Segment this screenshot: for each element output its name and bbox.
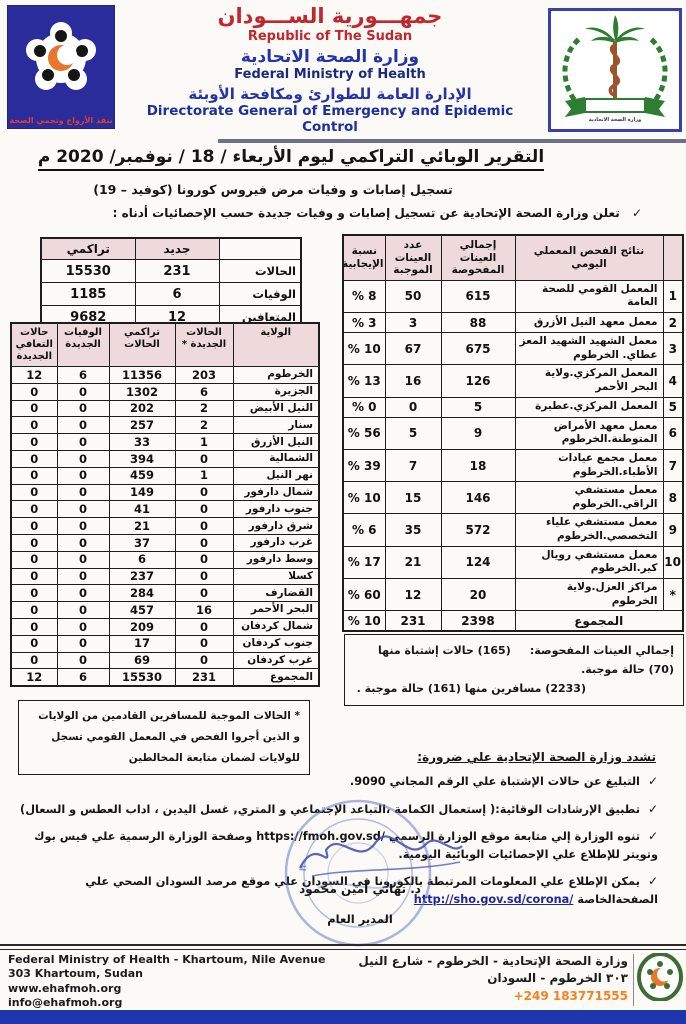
lab-row-positive: 12 (385, 579, 441, 611)
states-row: جنوب كردفان01700 (11, 635, 319, 652)
lab-total-samples: 2398 (441, 611, 515, 632)
states-row: غرب كردفان06900 (11, 652, 319, 669)
lab-row-positive: 35 (385, 514, 441, 546)
states-row: الخرطوم20311356612 (11, 367, 319, 384)
check-icon: ✓ (648, 800, 658, 819)
states-row-new_cases: 0 (175, 450, 233, 467)
lab-row-rate: 8 % (343, 280, 385, 312)
states-row-new_cases: 0 (175, 501, 233, 518)
states-row-new_recovered: 0 (11, 635, 57, 652)
states-row: جنوب دارفور04100 (11, 501, 319, 518)
states-row-cumulative: 1302 (109, 383, 175, 400)
announcement-text: تعلن وزارة الصحة الإتحادية عن تسجيل إصاب… (113, 206, 620, 220)
states-row-state: الشمالية (233, 450, 319, 467)
ministry-emblem-art (551, 11, 679, 123)
lab-row-name: معمل مجمع عيادات الأطباء.الخرطوم (515, 449, 663, 481)
states-row-state: القضارف (233, 585, 319, 602)
lab-note-box: إجمالي العينات المفحوصة: (165) حالات إشت… (344, 634, 684, 706)
crescent-logo-art (8, 6, 114, 128)
states-row-new_recovered: 0 (11, 534, 57, 551)
lab-row-positive: 50 (385, 280, 441, 312)
lab-row-total: 18 (441, 449, 515, 481)
lab-total-rate: 10 % (343, 611, 385, 632)
lab-row-total: 9 (441, 417, 515, 449)
states-row-state: شرق دارفور (233, 518, 319, 535)
report-subtitle: تسجيل إصابات و وفيات مرض فيروس كورونا (ك… (93, 182, 453, 197)
lab-row-name: معمل مستشفي الراقي.الخرطوم (515, 482, 663, 514)
states-row-cumulative: 69 (109, 652, 175, 669)
states-row-new_recovered: 0 (11, 417, 57, 434)
note-item: ✓تطبيق الإرشادات الوقائية:( إستعمال الكم… (6, 800, 658, 819)
states-row: شمال دارفور014900 (11, 484, 319, 501)
states-row-new_deaths: 0 (57, 434, 109, 451)
lab-row-positive: 0 (385, 397, 441, 417)
states-row-new_deaths: 0 (57, 585, 109, 602)
states-row-state: البحر الأحمر (233, 602, 319, 619)
lab-row-total: 675 (441, 333, 515, 365)
states-header-row: الولاية الحالات الجديدة * تراكمي الحالات… (11, 323, 319, 367)
ministry-name-en: Federal Ministry of Health (122, 67, 538, 83)
states-row-cumulative: 21 (109, 518, 175, 535)
states-row-new_cases: 0 (175, 618, 233, 635)
check-icon: ✓ (648, 772, 658, 791)
logo-slogan: ننقذ الأرواح ونحمي الصحة (8, 116, 114, 125)
lab-row-num: 5 (663, 397, 683, 417)
lab-row-num: 9 (663, 514, 683, 546)
states-row-cumulative: 6 (109, 551, 175, 568)
lab-row-total: 615 (441, 280, 515, 312)
lab-col-rate: نسبة الإيجابية (343, 235, 385, 280)
states-row-cumulative: 209 (109, 618, 175, 635)
lab-row-num: 2 (663, 313, 683, 333)
lab-row: 10معمل مستشفي رويال كير.الخرطوم1242117 % (343, 546, 683, 578)
states-row: البحر الأحمر1645700 (11, 602, 319, 619)
states-row-state: جنوب دارفور (233, 501, 319, 518)
states-row-new_cases: 1 (175, 467, 233, 484)
summary-table: جديد تراكمي الحالات23115530الوفيات61185ا… (40, 237, 302, 330)
lab-row: 1المعمل القومي للصحة العامة615508 % (343, 280, 683, 312)
lab-row-name: المعمل المركزي.عطبرة (515, 397, 663, 417)
lab-row-name: معمل مستشفي علياء التخصصي.الخرطوم (515, 514, 663, 546)
states-row-new_deaths: 0 (57, 417, 109, 434)
states-col-state: الولاية (233, 323, 319, 367)
lab-row: 8معمل مستشفي الراقي.الخرطوم1461510 % (343, 482, 683, 514)
states-row: سنار225700 (11, 417, 319, 434)
states-row-cumulative: 15530 (109, 669, 175, 686)
lab-row-rate: 10 % (343, 482, 385, 514)
lab-col-num (663, 235, 683, 280)
summary-row-cumulative: 15530 (41, 260, 135, 283)
country-name-ar: جمهـــورية الســـودان (122, 4, 538, 29)
states-row-new_recovered: 0 (11, 518, 57, 535)
lab-row: 6معمل معهد الأمراض المتوطنة.الخرطوم9556 … (343, 417, 683, 449)
summary-row-new: 231 (135, 260, 219, 283)
states-row-new_deaths: 0 (57, 652, 109, 669)
states-row-cumulative: 284 (109, 585, 175, 602)
signatory-name: د. تهاني أمين محمود (255, 882, 465, 896)
lab-row-name: المعمل المركزي.ولاية البحر الأحمر (515, 365, 663, 397)
report-title: التقرير الوبائي التراكمي ليوم الأربعاء /… (38, 147, 544, 171)
lab-row-num: 3 (663, 333, 683, 365)
states-row-new_recovered: 0 (11, 602, 57, 619)
lab-row-positive: 5 (385, 417, 441, 449)
states-row: نهر النيل145900 (11, 467, 319, 484)
states-row-new_recovered: 12 (11, 367, 57, 384)
states-row: الجزيرة6130200 (11, 383, 319, 400)
states-row-cumulative: 11356 (109, 367, 175, 384)
states-row-new_cases: 0 (175, 585, 233, 602)
states-row-new_deaths: 0 (57, 467, 109, 484)
states-row-new_recovered: 0 (11, 484, 57, 501)
states-row-new_deaths: 0 (57, 534, 109, 551)
states-row-new_cases: 0 (175, 534, 233, 551)
note-text: تطبيق الإرشادات الوقائية:( إستعمال الكما… (20, 803, 640, 816)
handwritten-signature (292, 828, 468, 884)
summary-row-label: الوفيات (219, 283, 301, 306)
states-row-new_recovered: 0 (11, 467, 57, 484)
lab-row: 7معمل مجمع عيادات الأطباء.الخرطوم18739 % (343, 449, 683, 481)
signatory-title: المدير العام (255, 912, 465, 926)
states-row-new_recovered: 0 (11, 551, 57, 568)
check-icon: ✓ (632, 206, 642, 220)
states-row-cumulative: 457 (109, 602, 175, 619)
lab-row-rate: 39 % (343, 449, 385, 481)
states-row-state: غرب دارفور (233, 534, 319, 551)
lab-row: 4المعمل المركزي.ولاية البحر الأحمر126161… (343, 365, 683, 397)
lab-row-rate: 17 % (343, 546, 385, 578)
states-row: القضارف028400 (11, 585, 319, 602)
lab-col-positive: عدد العينات الموجبة (385, 235, 441, 280)
states-row-state: سنار (233, 417, 319, 434)
states-row-state: وسط دارفور (233, 551, 319, 568)
states-row-cumulative: 459 (109, 467, 175, 484)
lab-row-num: * (663, 579, 683, 611)
lab-table: نتائج الفحص المعملي اليومي إجمالي العينا… (342, 234, 684, 632)
states-row-new_cases: 0 (175, 484, 233, 501)
footer-phone: +249 183771555 (298, 988, 628, 1005)
summary-row: الوفيات61185 (41, 283, 301, 306)
states-row-new_deaths: 0 (57, 501, 109, 518)
footer-bottom-bar (0, 1010, 686, 1024)
lab-row-rate: 0 % (343, 397, 385, 417)
footer-ar-line1: وزارة الصحة الإتحادية - الخرطوم - شارع ا… (298, 953, 628, 970)
summary-row-new: 6 (135, 283, 219, 306)
states-row-new_deaths: 0 (57, 400, 109, 417)
states-row-new_cases: 0 (175, 568, 233, 585)
states-row: غرب دارفور03700 (11, 534, 319, 551)
states-col-cumulative: تراكمي الحالات (109, 323, 175, 367)
states-row-state: جنوب كردفان (233, 635, 319, 652)
lab-row-total: 20 (441, 579, 515, 611)
states-row-new_deaths: 0 (57, 551, 109, 568)
lab-row-num: 10 (663, 546, 683, 578)
lab-row-positive: 7 (385, 449, 441, 481)
states-row-total: المجموع23115530612 (11, 669, 319, 686)
lab-col-name: نتائج الفحص المعملي اليومي (515, 235, 663, 280)
states-row-new_cases: 16 (175, 602, 233, 619)
states-row-state: غرب كردفان (233, 652, 319, 669)
lab-row-name: معمل معهد الأمراض المتوطنة.الخرطوم (515, 417, 663, 449)
lab-row-positive: 15 (385, 482, 441, 514)
states-row-cumulative: 37 (109, 534, 175, 551)
palm-tree-icon (585, 15, 645, 43)
states-row-state: المجموع (233, 669, 319, 686)
summary-col-cumulative: تراكمي (41, 238, 135, 260)
lab-row-total: 146 (441, 482, 515, 514)
lab-row-num: 4 (663, 365, 683, 397)
footer-divider (0, 944, 686, 950)
summary-col-blank (219, 238, 301, 260)
states-row-new_cases: 6 (175, 383, 233, 400)
states-row-new_cases: 2 (175, 400, 233, 417)
states-row-cumulative: 394 (109, 450, 175, 467)
states-row-new_recovered: 0 (11, 585, 57, 602)
states-row-new_recovered: 0 (11, 652, 57, 669)
footer-vertical-divider (633, 954, 634, 1006)
states-row-new_cases: 0 (175, 652, 233, 669)
lab-row-rate: 3 % (343, 313, 385, 333)
lab-total-positive: 231 (385, 611, 441, 632)
lab-header-row: نتائج الفحص المعملي اليومي إجمالي العينا… (343, 235, 683, 280)
states-row: الشمالية039400 (11, 450, 319, 467)
directorate-name-en: Directorate General of Emergency and Epi… (122, 103, 538, 135)
lab-row-positive: 3 (385, 313, 441, 333)
header-titles: جمهـــورية الســـودان Republic of The Su… (122, 4, 538, 135)
lab-note-line2: (2233) مسافرين منها (161) حالة موجبة . (354, 680, 586, 699)
lab-col-total: إجمالي العينات المفحوصة (441, 235, 515, 280)
states-row: شرق دارفور02100 (11, 518, 319, 535)
states-row-new_cases: 231 (175, 669, 233, 686)
lab-row-num: 6 (663, 417, 683, 449)
states-row-new_cases: 0 (175, 518, 233, 535)
lab-row-total: 572 (441, 514, 515, 546)
states-row-new_recovered: 0 (11, 501, 57, 518)
lab-row-rate: 56 % (343, 417, 385, 449)
lab-row: 9معمل مستشفي علياء التخصصي.الخرطوم572356… (343, 514, 683, 546)
notes-heading: تشدد وزارة الصحة الإتحادية علي ضرورة: (417, 750, 656, 764)
lab-row-rate: 60 % (343, 579, 385, 611)
lab-row-rate: 10 % (343, 333, 385, 365)
lab-row-total: 5 (441, 397, 515, 417)
states-row-new_recovered: 0 (11, 400, 57, 417)
states-col-deaths: الوفيات الجديدة (57, 323, 109, 367)
asclepius-staff-icon (610, 41, 618, 99)
scan-artifact-line (218, 139, 686, 143)
states-row-state: النيل الأبيض (233, 400, 319, 417)
lab-total-row: المجموع 2398 231 10 % (343, 611, 683, 632)
states-row-new_deaths: 6 (57, 669, 109, 686)
check-icon: ✓ (648, 827, 658, 846)
states-row-state: النيل الأزرق (233, 434, 319, 451)
states-row-cumulative: 237 (109, 568, 175, 585)
lab-section: نتائج الفحص المعملي اليومي إجمالي العينا… (344, 234, 684, 706)
lab-row-num: 7 (663, 449, 683, 481)
states-row-new_recovered: 0 (11, 568, 57, 585)
states-row-new_recovered: 0 (11, 618, 57, 635)
states-row-state: شمال دارفور (233, 484, 319, 501)
lab-row-num: 1 (663, 280, 683, 312)
ministry-name-ar: وزارة الصحة الاتحادية (122, 47, 538, 67)
lab-note-label: إجمالي العينات المفحوصة: (530, 644, 674, 657)
summary-row-label: الحالات (219, 260, 301, 283)
states-table: الولاية الحالات الجديدة * تراكمي الحالات… (10, 322, 320, 687)
report-page: ننقذ الأرواح ونحمي الصحة جمهـــورية السـ… (0, 0, 686, 1024)
states-row: النيل الأبيض220200 (11, 400, 319, 417)
announcement-line: ✓ تعلن وزارة الصحة الإتحادية عن تسجيل إص… (40, 206, 642, 220)
lab-row: 3معمل الشهيد الشهيد المعز عطاي. الخرطوم6… (343, 333, 683, 365)
states-row-state: الخرطوم (233, 367, 319, 384)
footer-address-ar: وزارة الصحة الإتحادية - الخرطوم - شارع ا… (298, 953, 628, 1005)
summary-row: الحالات23115530 (41, 260, 301, 283)
lab-row: *مراكز العزل.ولاية الخرطوم201260 % (343, 579, 683, 611)
lab-total-label: المجموع (515, 611, 683, 632)
states-row: وسط دارفور0600 (11, 551, 319, 568)
states-row-new_deaths: 0 (57, 484, 109, 501)
lab-row-name: معمل معهد النيل الأزرق (515, 313, 663, 333)
footer-ar-line2: ٣٠٣ الخرطوم - السودان (298, 970, 628, 987)
states-row-state: نهر النيل (233, 467, 319, 484)
states-row-new_deaths: 0 (57, 518, 109, 535)
lab-row-positive: 21 (385, 546, 441, 578)
states-row-new_cases: 203 (175, 367, 233, 384)
states-row-cumulative: 41 (109, 501, 175, 518)
report-title-row: التقرير الوبائي التراكمي ليوم الأربعاء /… (0, 147, 686, 167)
states-col-new: الحالات الجديدة * (175, 323, 233, 367)
states-row-new_deaths: 0 (57, 602, 109, 619)
lab-row-rate: 6 % (343, 514, 385, 546)
footer-crescent-logo (637, 953, 683, 1001)
states-row-cumulative: 149 (109, 484, 175, 501)
states-col-recovered: حالات التعافي الجديدة (11, 323, 57, 367)
check-icon: ✓ (648, 872, 658, 891)
states-row-new_deaths: 0 (57, 635, 109, 652)
states-row-new_deaths: 0 (57, 383, 109, 400)
states-row-new_recovered: 0 (11, 450, 57, 467)
country-name-en: Republic of The Sudan (122, 29, 538, 45)
states-row-new_deaths: 0 (57, 450, 109, 467)
states-row-new_recovered: 12 (11, 669, 57, 686)
lab-row-name: مراكز العزل.ولاية الخرطوم (515, 579, 663, 611)
summary-col-new: جديد (135, 238, 219, 260)
note-text: التبليغ عن حالات الإشتباة علي الرقم المج… (350, 775, 640, 788)
lab-row-total: 126 (441, 365, 515, 397)
lab-row: 5المعمل المركزي.عطبرة500 % (343, 397, 683, 417)
ribbon-icon (565, 97, 665, 117)
lab-row-num: 8 (663, 482, 683, 514)
emblem-banner-text: وزارة الصحة الاتحادية (551, 117, 679, 123)
states-row-new_recovered: 0 (11, 383, 57, 400)
states-row-state: الجزيرة (233, 383, 319, 400)
lab-row-rate: 13 % (343, 365, 385, 397)
lab-row-total: 124 (441, 546, 515, 578)
states-row-new_cases: 0 (175, 635, 233, 652)
states-row: شمال كردفان020900 (11, 618, 319, 635)
states-row-new_cases: 2 (175, 417, 233, 434)
states-row-cumulative: 202 (109, 400, 175, 417)
summary-row-cumulative: 1185 (41, 283, 135, 306)
states-row-new_cases: 0 (175, 551, 233, 568)
states-row-new_cases: 1 (175, 434, 233, 451)
states-row-state: كسلا (233, 568, 319, 585)
lab-row: 2معمل معهد النيل الأزرق8833 % (343, 313, 683, 333)
note-item: ✓التبليغ عن حالات الإشتباة علي الرقم الم… (6, 772, 658, 791)
lab-row-positive: 16 (385, 365, 441, 397)
report-subtitle-row: تسجيل إصابات و وفيات مرض فيروس كورونا (ك… (0, 179, 686, 198)
states-row-cumulative: 17 (109, 635, 175, 652)
states-row: كسلا023700 (11, 568, 319, 585)
states-row-new_deaths: 0 (57, 568, 109, 585)
lab-row-total: 88 (441, 313, 515, 333)
lab-row-name: معمل الشهيد الشهيد المعز عطاي. الخرطوم (515, 333, 663, 365)
lab-row-positive: 67 (385, 333, 441, 365)
states-row-new_deaths: 6 (57, 367, 109, 384)
states-row-cumulative: 33 (109, 434, 175, 451)
states-row-new_recovered: 0 (11, 434, 57, 451)
states-row-state: شمال كردفان (233, 618, 319, 635)
ministry-emblem: وزارة الصحة الاتحادية (548, 8, 682, 132)
lab-row-name: المعمل القومي للصحة العامة (515, 280, 663, 312)
summary-header-row: جديد تراكمي (41, 238, 301, 260)
states-row: النيل الأزرق13300 (11, 434, 319, 451)
states-row-new_deaths: 0 (57, 618, 109, 635)
crescent-logo: ننقذ الأرواح ونحمي الصحة (8, 6, 114, 128)
lab-row-name: معمل مستشفي رويال كير.الخرطوم (515, 546, 663, 578)
states-footnote: * الحالات الموجبة للمسافرين القادمين من … (18, 700, 310, 775)
directorate-name-ar: الإدارة العامة للطوارئ ومكافحة الأوبئة (122, 85, 538, 103)
states-row-cumulative: 257 (109, 417, 175, 434)
